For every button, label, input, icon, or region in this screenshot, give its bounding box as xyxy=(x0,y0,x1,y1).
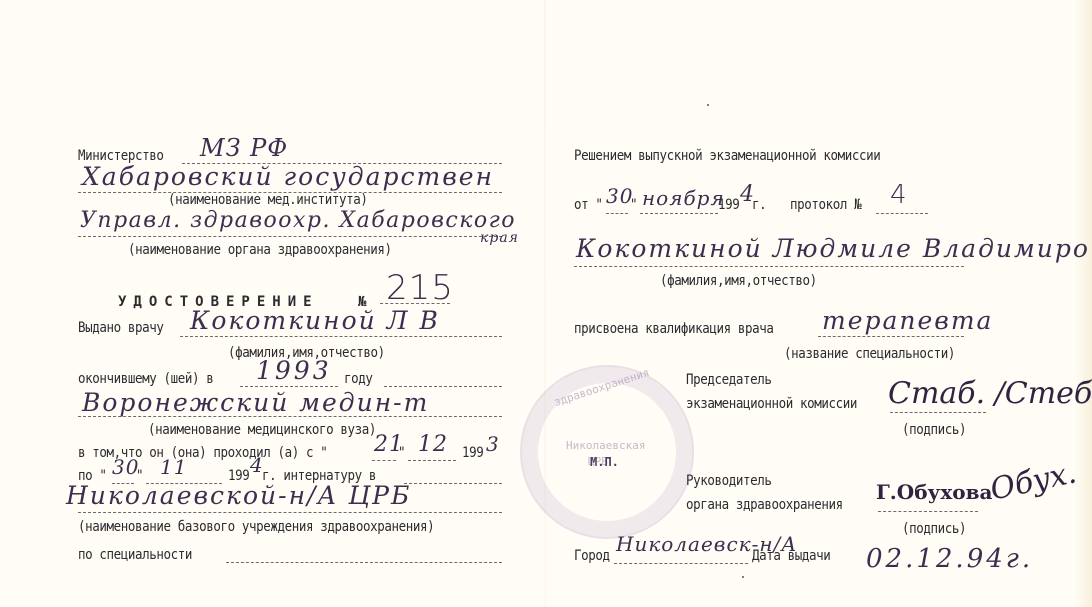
decision-month-line xyxy=(640,213,718,214)
graduated-year-line xyxy=(240,386,338,387)
decision-month: ноября xyxy=(642,186,725,210)
base-institution-line xyxy=(78,512,502,513)
institute-value: Хабаровский государствен xyxy=(82,162,494,191)
head-label-1: Руководитель xyxy=(686,471,772,488)
qualification-value: терапевта xyxy=(822,306,993,335)
official-stamp: здравоохранения Николаевская ЦРБ xyxy=(520,365,694,539)
internship-to-month: 11 xyxy=(160,455,187,479)
page-fold xyxy=(544,0,546,607)
stamp-ring-text: здравоохранения xyxy=(552,366,650,409)
full-name-value: Кокоткиной Людмиле Владимиро xyxy=(576,234,1090,263)
university-caption: (наименование медицинского вуза) xyxy=(148,420,376,437)
chairman-label-2: экзаменационной комиссии xyxy=(686,394,857,411)
graduated-tail-line xyxy=(384,386,502,387)
issued-to-value: Кокоткиной Л В xyxy=(190,306,440,335)
graduated-year: 1993 xyxy=(256,356,332,385)
head-caption: (подпись) xyxy=(902,519,966,536)
issued-to-line xyxy=(180,336,502,337)
ministry-value: МЗ РФ xyxy=(200,134,288,162)
chairman-signature-line xyxy=(890,412,986,413)
graduated-label: окончившему (шей) в xyxy=(78,369,213,386)
full-name-caption: (фамилия,имя,отчество) xyxy=(660,271,817,288)
head-signature-line xyxy=(878,511,978,512)
health-organ-line xyxy=(78,236,502,237)
decision-label: Решением выпускной экзаменационной комис… xyxy=(574,146,880,163)
internship-from-year-prefix: 199 xyxy=(462,443,483,460)
specialty-line xyxy=(226,562,502,563)
issued-to-label: Выдано врачу xyxy=(78,318,164,335)
chairman-signature: Стаб. /Стеба xyxy=(888,376,1092,411)
quote-mark: " xyxy=(398,443,405,460)
internship-from-day-line xyxy=(372,460,396,461)
issue-date-value: 02.12.94г. xyxy=(866,544,1033,574)
protocol-label: протокол № xyxy=(790,195,861,212)
stamp-center-text: Николаевская xyxy=(566,439,645,452)
protocol-no-line xyxy=(876,213,928,214)
university-value: Воронежский медин-т xyxy=(82,388,429,417)
paper-edge xyxy=(1074,0,1092,607)
decision-day-line xyxy=(606,213,628,214)
graduated-year-suffix: году xyxy=(344,369,373,386)
stamp-label: М.П. xyxy=(590,455,619,469)
specialty-label: по специальности xyxy=(78,545,192,562)
chairman-label-1: Председатель xyxy=(686,370,772,387)
quote-mark-3: " xyxy=(630,195,637,212)
internship-from-month: 12 xyxy=(418,432,448,457)
speck xyxy=(742,576,744,578)
decision-year-suffix: г. xyxy=(752,195,766,212)
certificate-no: 215 xyxy=(386,268,454,308)
internship-to-tail-line xyxy=(404,483,502,484)
health-organ-value: Управл. здравоохр. Хабаровского xyxy=(80,208,516,233)
city-line xyxy=(614,563,748,564)
head-signature: Обух. xyxy=(987,455,1079,507)
health-organ-caption: (наименование органа здравоохранения) xyxy=(128,240,392,257)
speck xyxy=(707,104,709,106)
health-organ-value-tail: края xyxy=(480,230,519,246)
internship-from-year-digit: 3 xyxy=(486,432,500,456)
chairman-caption: (подпись) xyxy=(902,420,966,437)
decision-year-prefix: 199 xyxy=(718,195,739,212)
full-name-line xyxy=(574,266,964,267)
protocol-no: 4 xyxy=(890,180,908,210)
base-institution-value: Николаевской-н/А ЦРБ xyxy=(66,481,411,510)
head-label-2: органа здравоохранения xyxy=(686,495,843,512)
internship-from-month-line xyxy=(408,460,456,461)
ministry-label: Министерство xyxy=(78,146,164,163)
qualification-caption: (название специальности) xyxy=(784,344,955,361)
institute-caption: (наименование мед.института) xyxy=(168,190,368,207)
issue-date-label: Дата выдачи xyxy=(752,546,830,563)
qualification-line xyxy=(818,336,964,337)
head-signature-name: Г.Обухова xyxy=(876,480,992,504)
city-label: Город xyxy=(574,546,610,563)
decision-date-prefix: от " xyxy=(574,195,603,212)
base-institution-caption: (наименование базового учреждения здраво… xyxy=(78,517,434,534)
qualification-label: присвоена квалификация врача xyxy=(574,319,774,336)
